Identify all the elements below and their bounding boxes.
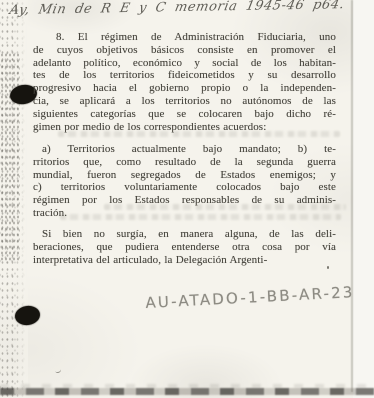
scanned-document-page: Ay, Min de R E y C memoria 1945-46 p64. … <box>0 0 374 398</box>
ink-speck <box>327 266 329 269</box>
text-line: interpretativa del articulado, la Delega… <box>33 254 336 267</box>
bleed-through-text-line <box>104 204 346 210</box>
scan-bottom-edge-smudge <box>0 388 374 395</box>
text-line: cia, se aplicará a los territorios no au… <box>33 95 336 108</box>
text-line: mundial, fueron segregados de Estados en… <box>33 169 336 182</box>
stray-pencil-mark <box>54 367 61 374</box>
text-line: c) territorios voluntariamente colocados… <box>33 181 336 194</box>
paragraph-deliberations: Si bien no surgía, en manera alguna, de … <box>33 228 336 266</box>
text-line: 8. El régimen de Administración Fiduciar… <box>33 31 336 44</box>
bleed-through-text-line <box>60 214 341 220</box>
page-right-edge-line <box>351 0 353 392</box>
text-line: beraciones, que pudiera entenderse otra … <box>33 241 336 254</box>
scanner-right-margin <box>353 0 374 398</box>
handwritten-archive-code: AU-ATADO-1-BB-AR-231 <box>145 282 367 312</box>
text-line: siguientes categorías que se colocaren b… <box>33 108 336 121</box>
text-line: adelanto político, económico y social de… <box>33 57 336 70</box>
text-line: a) Territorios actualmente bajo mandato;… <box>33 143 336 156</box>
paragraph-trusteeship-regime: 8. El régimen de Administración Fiduciar… <box>33 31 336 133</box>
text-line: Si bien no surgía, en manera alguna, de … <box>33 228 336 241</box>
handwritten-citation-note: Ay, Min de R E y C memoria 1945-46 p64. <box>8 0 271 18</box>
text-line: progresivo hacia el gobierno propio o la… <box>33 82 336 95</box>
text-line: tes de los territorios fideicometidos y … <box>33 69 336 82</box>
bleed-through-text-line <box>58 131 340 137</box>
text-line: rritorios que, como resultado de la segu… <box>33 156 336 169</box>
text-line: de cuyos objetivos básicos consiste en p… <box>33 44 336 57</box>
left-edge-dense-speckle <box>0 52 20 262</box>
